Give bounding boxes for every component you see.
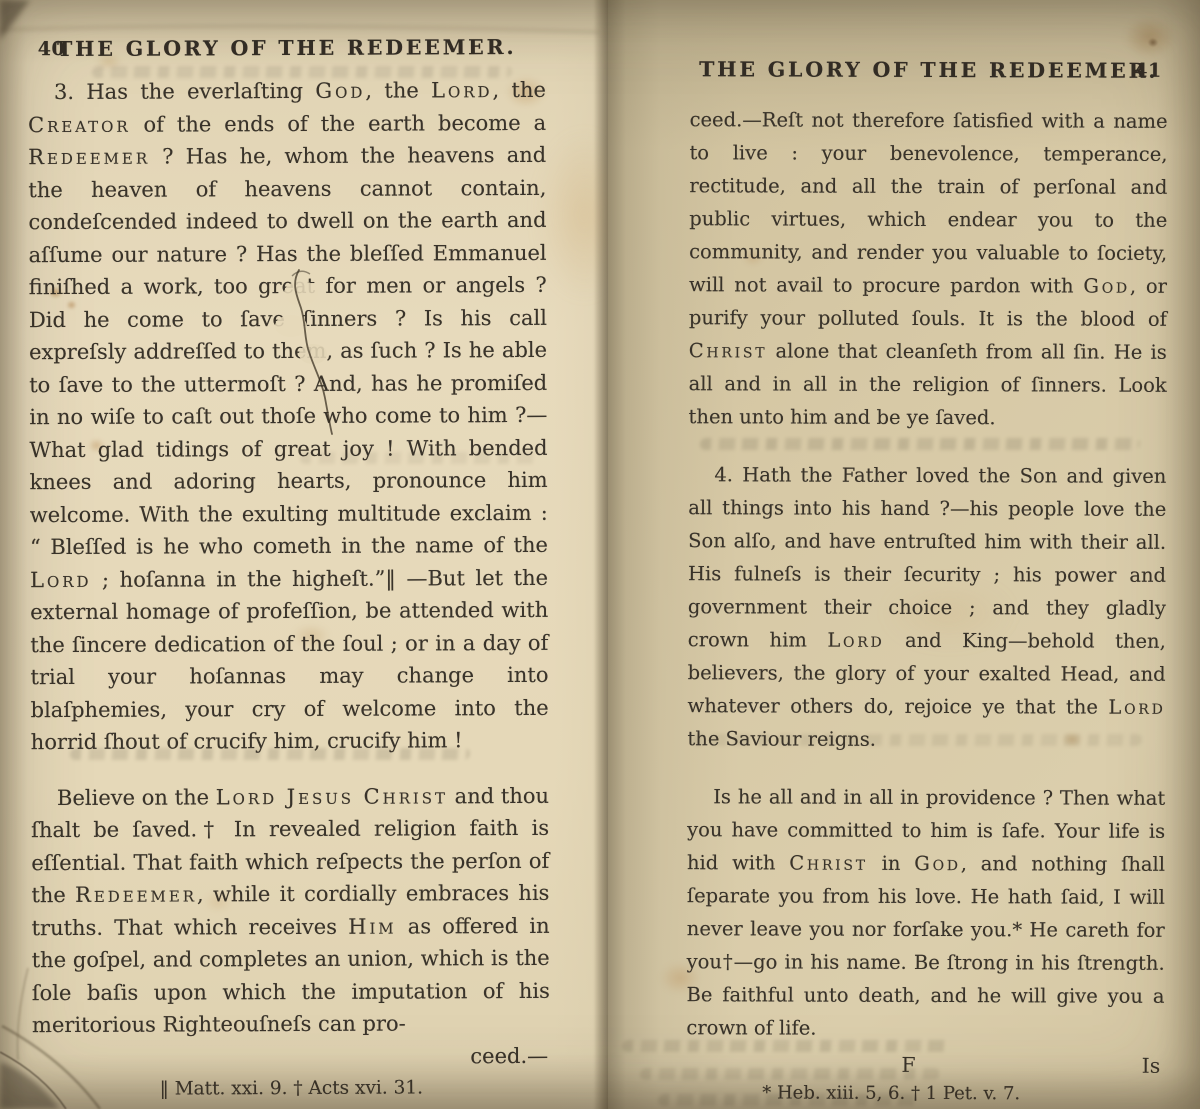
body-paragraph: ceed.—Reſt not therefore ſatisfied with … [689, 103, 1168, 435]
body-paragraph: Believe on the Lord Jesus Christ and tho… [31, 779, 550, 1041]
left-page-number: 40 [38, 38, 66, 60]
body-paragraph: 3. Has the everlaſting God, the Lord, th… [28, 74, 549, 759]
right-footnote: * Heb. xiii. 5, 6. † 1 Pet. v. 7. [652, 1082, 1130, 1105]
signature-mark: F [901, 1053, 915, 1077]
left-page-text-block: 40 THE GLORY OF THE REDEEMER. 3. Has the… [28, 35, 551, 1100]
left-footnote: ‖ Matt. xxi. 9. † Acts xvi. 31. [32, 1076, 550, 1099]
body-paragraph: Is he all and in all in providence ? The… [686, 780, 1165, 1046]
body-paragraph: 4. Hath the Father loved the Son and giv… [687, 458, 1166, 757]
foxing-stain [1124, 16, 1176, 58]
signature-row: F Is [686, 1052, 1164, 1084]
foxing-stain [536, 130, 608, 300]
left-page: 40 THE GLORY OF THE REDEEMER. 3. Has the… [0, 0, 608, 1109]
open-book-photo: 40 THE GLORY OF THE REDEEMER. 3. Has the… [0, 0, 1200, 1109]
left-running-title: THE GLORY OF THE REDEEMER. [57, 35, 516, 61]
left-running-header: 40 THE GLORY OF THE REDEEMER. [28, 35, 546, 61]
catchword: Is [1142, 1054, 1161, 1078]
carried-word-line: ceed.— [32, 1039, 550, 1073]
right-page-text-block: THE GLORY OF THE REDEEMER. 41 ceed.—Reſt… [686, 57, 1168, 1105]
right-running-header: THE GLORY OF THE REDEEMER. 41 [690, 57, 1168, 83]
right-page-number: 41 [1134, 60, 1162, 82]
foxing-stain [1148, 38, 1158, 47]
right-running-title: THE GLORY OF THE REDEEMER. [699, 57, 1158, 83]
